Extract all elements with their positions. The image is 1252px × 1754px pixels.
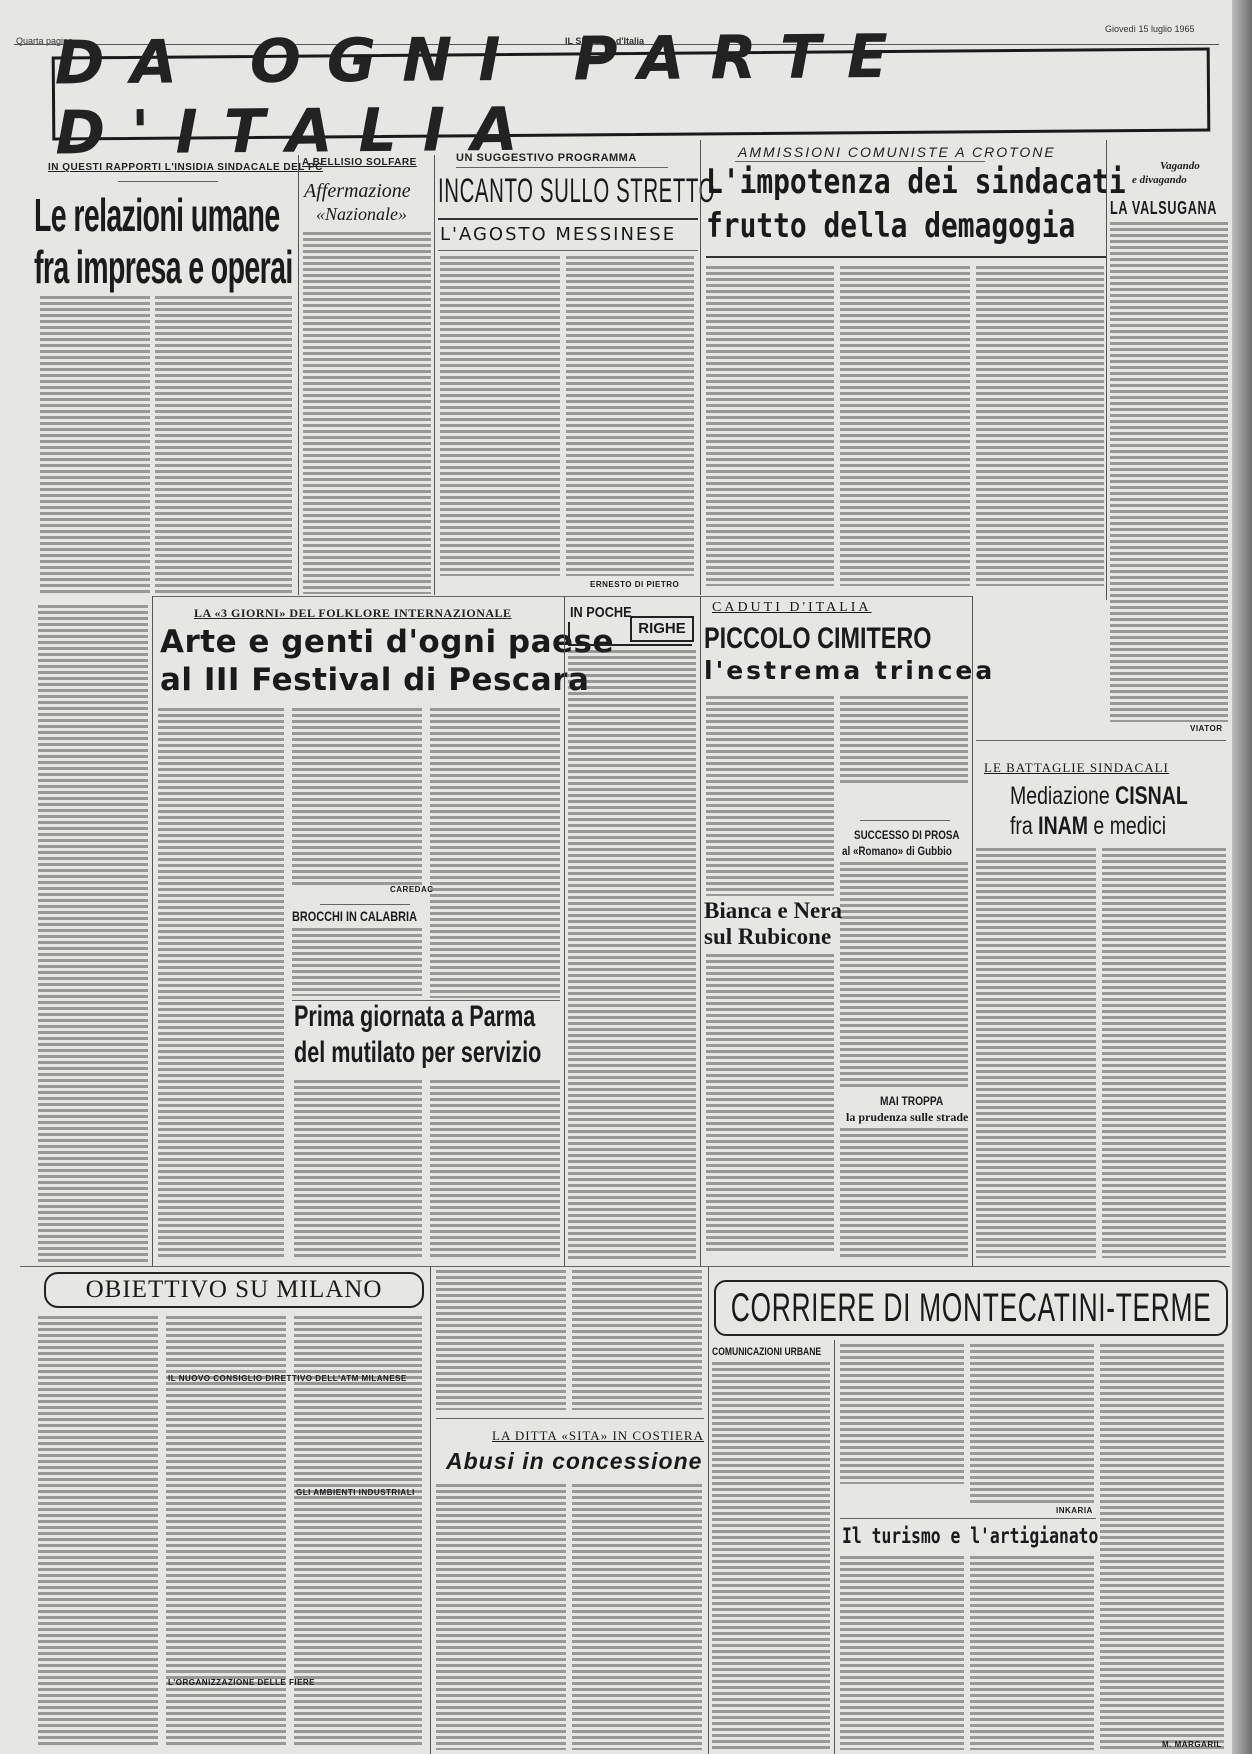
kicker-sita: LA DITTA «SITA» IN COSTIERA <box>492 1428 704 1444</box>
column-rule <box>700 140 701 595</box>
column-rule <box>1106 140 1107 600</box>
page-edge-shadow <box>1232 0 1252 1754</box>
kicker-bellisio: A BELLISIO SOLFARE <box>302 157 417 168</box>
headline-brocchi: BROCCHI IN CALABRIA <box>292 908 417 924</box>
article-body-relazioni-col1 <box>40 296 150 596</box>
headline-bianca-nera-1: Bianca e Nera <box>704 898 842 924</box>
kicker-cisnal: LE BATTAGLIE SINDACALI <box>984 760 1169 776</box>
article-body-cisnal-col1 <box>976 848 1096 1258</box>
article-body-cimitero-col2 <box>840 696 968 786</box>
newspaper-page: Quarta pagina IL SECOLO d'Italia Giovedì… <box>0 0 1232 1754</box>
article-body-valsugana <box>1110 222 1228 722</box>
article-body-poche-righe <box>568 650 696 1260</box>
headline-sita: Abusi in concessione <box>446 1448 702 1475</box>
headline-relazioni-1: Le relazioni umane <box>34 188 280 242</box>
article-body-pescara-col2 <box>292 708 422 888</box>
headline-cisnal-2: fra INAM e medici <box>1010 812 1166 841</box>
article-body-messina-col2 <box>566 256 694 576</box>
article-body-bellisio <box>303 232 431 594</box>
column-rule <box>834 1340 835 1754</box>
column-rule <box>564 596 565 1266</box>
headline-turismo: Il turismo e l'artigianato <box>842 1524 1098 1548</box>
article-body-cimitero-col1 <box>706 696 834 896</box>
kicker-cimitero: CADUTI D'ITALIA <box>712 600 872 616</box>
section-rule <box>20 1266 1230 1267</box>
headline-poche-righe-2: RIGHE <box>630 616 694 642</box>
article-body-sita-col2 <box>572 1484 702 1750</box>
headline-messina-2: L'AGOSTO MESSINESE <box>440 224 676 245</box>
section-rule <box>152 596 972 597</box>
article-body-crotone-col3 <box>976 266 1104 586</box>
column-rule <box>700 596 701 1266</box>
signature-inkaria: INKARIA <box>1056 1506 1093 1515</box>
headline-parma-2: del mutilato per servizio <box>294 1036 541 1070</box>
article-body-prudenza <box>840 1128 968 1258</box>
headline-bellisio-1: Affermazione <box>304 180 411 203</box>
headline-gubbio-2: al «Romano» di Gubbio <box>842 844 952 858</box>
signature-valsugana: VIATOR <box>1190 724 1222 733</box>
article-body-gubbio <box>840 862 968 1090</box>
headline-messina-1: INCANTO SULLO STRETTO <box>438 172 715 211</box>
subhead-milano-2: GLI AMBIENTI INDUSTRIALI <box>296 1488 415 1497</box>
article-body-crotone-col2 <box>840 266 970 586</box>
headline-valsugana: LA VALSUGANA <box>1110 198 1217 219</box>
article-body-relazioni-col2 <box>155 296 292 596</box>
kicker-relazioni: IN QUESTI RAPPORTI L'INSIDIA SINDACALE D… <box>48 162 323 173</box>
headline-pescara-2: al III Festival di Pescara <box>160 662 589 698</box>
section-comunicazioni-urbane: COMUNICAZIONI URBANE <box>712 1346 821 1358</box>
kicker-pescara: LA «3 GIORNI» DEL FOLKLORE INTERNAZIONAL… <box>194 606 512 621</box>
article-body-bianca-nera <box>706 954 834 1254</box>
kicker-underline <box>118 181 218 182</box>
subhead-milano-3: L'ORGANIZZAZIONE DELLE FIERE <box>168 1678 315 1687</box>
headline-gubbio-1: SUCCESSO DI PROSA <box>854 828 960 842</box>
article-body-montecatini-col4 <box>1100 1344 1224 1750</box>
montecatini-box-title: CORRIERE DI MONTECATINI-TERME <box>731 1286 1212 1331</box>
article-body-montecatini-col2 <box>840 1344 964 1484</box>
article-body-brocchi <box>292 928 422 996</box>
article-body-pescara-col3 <box>430 708 560 998</box>
column-rule <box>430 1266 431 1754</box>
section-rule <box>840 1518 1096 1519</box>
headline-bellisio-2: «Nazionale» <box>316 204 407 225</box>
article-body-continued-col2 <box>572 1270 702 1410</box>
section-banner: DA OGNI PARTE D'ITALIA <box>52 47 1211 140</box>
article-body-montecatini-col3 <box>970 1344 1094 1504</box>
article-body-sita-col1 <box>436 1484 566 1750</box>
section-rule <box>976 740 1226 741</box>
article-body-pescara-col1 <box>158 708 284 1258</box>
column-rule <box>434 155 435 595</box>
headline-rule <box>706 256 1106 258</box>
headline-prudenza-2: la prudenza sulle strade <box>846 1110 968 1125</box>
headline-crotone-1: L'impotenza dei sindacati <box>706 162 1126 202</box>
headline-bianca-nera-2: sul Rubicone <box>704 924 831 950</box>
headline-crotone-2: frutto della demagogia <box>706 206 1075 246</box>
article-body-turismo-col2 <box>970 1556 1094 1750</box>
kicker-messina: UN SUGGESTIVO PROGRAMMA <box>456 152 637 164</box>
article-body-messina-col1 <box>440 256 560 576</box>
headline-poche-righe-1: IN POCHE <box>570 604 632 621</box>
article-body-parma-col2 <box>430 1080 560 1260</box>
article-body-turismo-col1 <box>840 1556 964 1750</box>
headline-cisnal-1: Mediazione CISNAL <box>1010 782 1188 811</box>
kicker-valsugana-1: Vagando <box>1160 160 1200 172</box>
headline-cisnal-1a: Mediazione <box>1010 782 1115 810</box>
kicker-crotone: AMMISSIONI COMUNISTE A CROTONE <box>738 144 1056 160</box>
article-body-cisnal-col2 <box>1102 848 1226 1258</box>
article-body-crotone-col1 <box>706 266 834 586</box>
headline-cisnal-2b: INAM <box>1038 812 1088 840</box>
headline-relazioni-2: fra impresa e operai <box>34 240 293 294</box>
signature-pescara: CAREDAC <box>390 885 434 894</box>
milano-box: OBIETTIVO SU MILANO <box>44 1272 424 1308</box>
headline-cisnal-2a: fra <box>1010 812 1038 840</box>
column-rule <box>298 155 299 595</box>
column-rule <box>708 1266 709 1754</box>
section-rule <box>436 1418 704 1419</box>
column-rule <box>972 596 973 1266</box>
headline-rule <box>438 250 698 251</box>
signature-messina: ERNESTO DI PIETRO <box>590 580 679 589</box>
headline-pescara-1: Arte e genti d'ogni paese <box>160 624 614 660</box>
section-rule <box>320 904 410 905</box>
headline-prudenza-1: MAI TROPPA <box>880 1094 943 1108</box>
headline-cimitero-1: PICCOLO CIMITERO <box>704 622 932 656</box>
signature-margaril: M. MARGARIL <box>1162 1740 1222 1749</box>
article-body-parma-col1 <box>294 1080 422 1260</box>
kicker-valsugana-2: e divagando <box>1132 174 1187 186</box>
article-body-relazioni-col3 <box>38 605 148 1265</box>
article-body-milano-col1 <box>38 1316 158 1746</box>
article-body-continued-col1 <box>436 1270 566 1410</box>
section-rule <box>860 820 950 821</box>
headline-cimitero-2: l'estrema trincea <box>704 656 995 685</box>
montecatini-box: CORRIERE DI MONTECATINI-TERME <box>714 1280 1228 1336</box>
article-body-milano-col3 <box>294 1316 422 1746</box>
headline-cisnal-2c: e medici <box>1088 812 1166 840</box>
headline-parma-1: Prima giornata a Parma <box>294 1000 535 1034</box>
article-body-montecatini-col1 <box>712 1362 830 1750</box>
milano-box-title: OBIETTIVO SU MILANO <box>86 1276 383 1304</box>
column-rule <box>152 596 153 1266</box>
headline-cisnal-1b: CISNAL <box>1115 782 1188 810</box>
headline-rule <box>438 218 698 220</box>
kicker-underline <box>456 167 668 168</box>
